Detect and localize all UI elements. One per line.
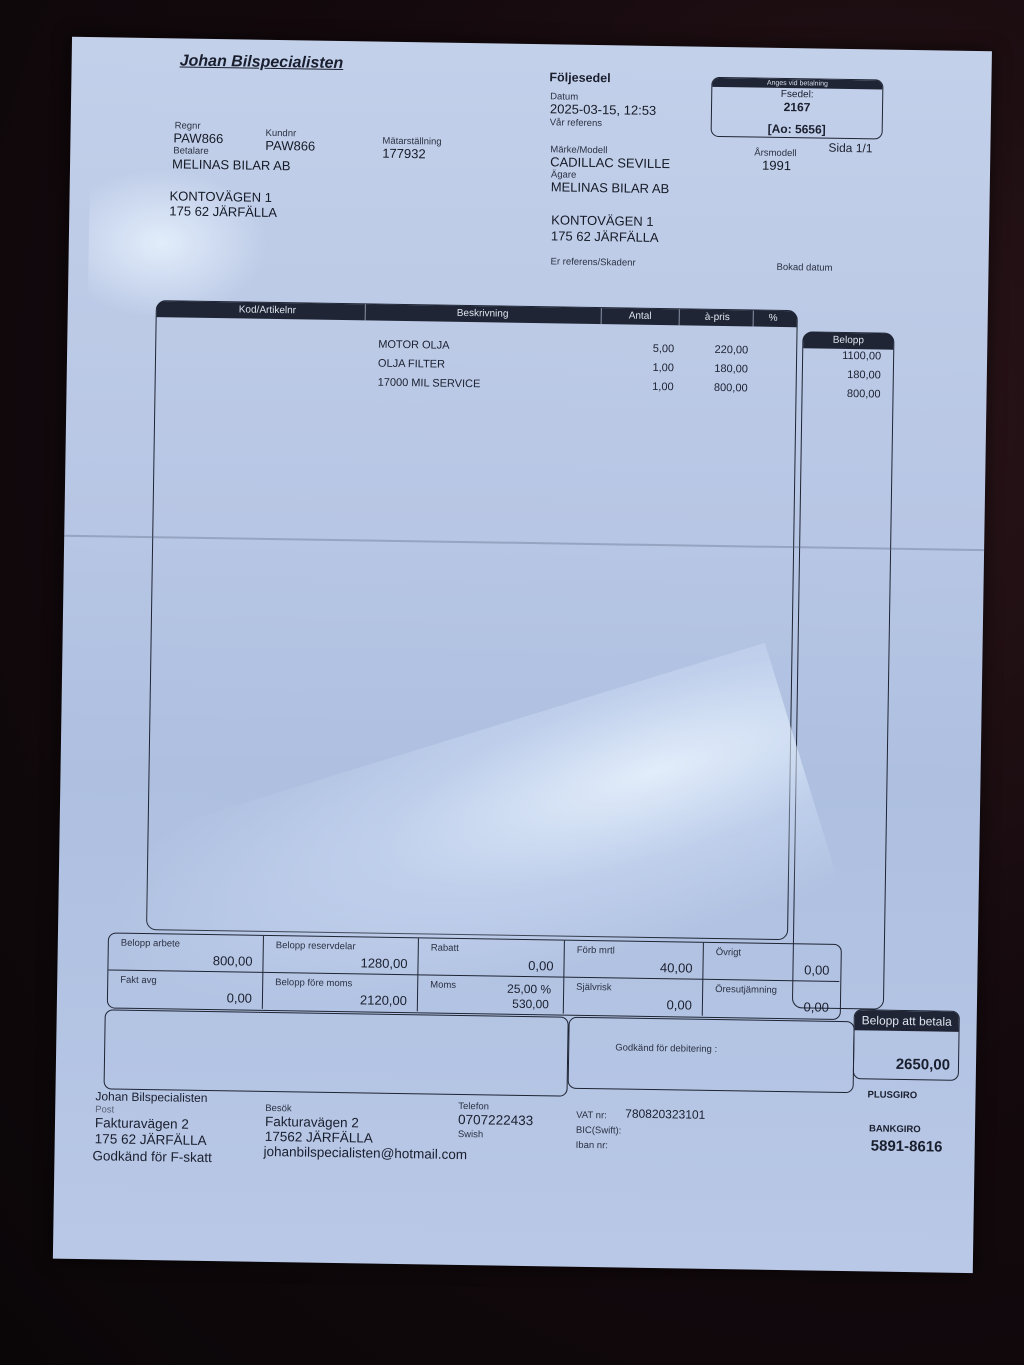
belopp-att-betala-label: Belopp att betala	[855, 1010, 959, 1032]
ovrigt-label: Övrigt	[716, 947, 742, 958]
datum-value: 2025-03-15, 12:53	[550, 101, 656, 118]
row-belopp: 1100,00	[811, 349, 881, 362]
oresutjamning-value: 0,00	[803, 999, 829, 1014]
row-antal: 5,00	[604, 342, 674, 355]
footer-bankgiro-label: BANKGIRO	[869, 1123, 921, 1135]
footer-bankgiro: 5891-8616	[871, 1137, 943, 1155]
var-referens-label: Vår referens	[550, 117, 602, 129]
footer-plusgiro-label: PLUSGIRO	[867, 1089, 917, 1101]
cell-ovrigt: Övrigt 0,00	[703, 943, 840, 982]
fakt-avg-value: 0,00	[227, 990, 253, 1005]
col-beskrivning: Beskrivning	[457, 308, 509, 320]
row-belopp: 180,00	[811, 368, 881, 381]
col-antal: Antal	[629, 311, 652, 322]
signature-box	[104, 1009, 569, 1096]
forb-mrtl-label: Förb mrtl	[577, 945, 615, 957]
footer-vat-label: VAT nr:	[576, 1110, 607, 1121]
ao-number: [Ao: 5656]	[712, 121, 882, 138]
betalare-label: Betalare	[173, 145, 209, 157]
moms-value: 530,00	[512, 997, 549, 1012]
moms-rate: 25,00 %	[507, 982, 551, 997]
footer-bic-label: BIC(Swift):	[576, 1125, 622, 1137]
cell-belopp-fore-moms: Belopp före moms 2120,00	[263, 973, 419, 1011]
footer-iban-label: Iban nr:	[576, 1140, 608, 1152]
cell-forb-mrtl: Förb mrtl 40,00	[564, 941, 704, 980]
footer-swish-label: Swish	[458, 1129, 484, 1140]
row-beskrivning: OLJA FILTER	[378, 358, 445, 371]
page-indicator: Sida 1/1	[828, 141, 872, 156]
forb-mrtl-value: 40,00	[660, 960, 693, 976]
footer-email[interactable]: johanbilspecialisten@hotmail.com	[263, 1144, 467, 1162]
belopp-reservdelar-value: 1280,00	[360, 955, 407, 971]
row-antal: 1,00	[604, 380, 674, 393]
rabatt-label: Rabatt	[431, 943, 459, 954]
footer-f-skatt: Godkänd för F-skatt	[92, 1148, 212, 1165]
customer-address-line2: 175 62 JÄRFÄLLA	[169, 203, 277, 220]
cell-rabatt: Rabatt 0,00	[418, 938, 565, 977]
belopp-reservdelar-label: Belopp reservdelar	[276, 940, 356, 952]
approval-box: Godkänd för debitering :	[568, 1017, 855, 1093]
ovrigt-value: 0,00	[804, 962, 830, 977]
col-belopp: Belopp	[803, 332, 893, 349]
footer-post-address2: 175 62 JÄRFÄLLA	[95, 1131, 207, 1148]
sjalvrisk-value: 0,00	[666, 997, 692, 1012]
company-name: Johan Bilspecialisten	[180, 52, 344, 73]
row-apris: 800,00	[678, 381, 748, 394]
er-referens-label: Er referens/Skadenr	[550, 256, 635, 268]
oresutjamning-label: Öresutjämning	[715, 984, 777, 996]
vehicle-address-line2: 175 62 JÄRFÄLLA	[551, 228, 659, 245]
agare-value: MELINAS BILAR AB	[551, 179, 670, 196]
sjalvrisk-label: Självrisk	[576, 982, 612, 994]
invoice-paper: Johan Bilspecialisten Följesedel Datum 2…	[53, 37, 992, 1273]
footer-post-label: Post	[95, 1104, 114, 1115]
row-apris: 180,00	[678, 362, 748, 375]
fsedel-number: 2167	[712, 99, 882, 116]
bokad-datum-label: Bokad datum	[776, 262, 832, 274]
col-apris: à-pris	[705, 312, 730, 323]
belopp-fore-moms-label: Belopp före moms	[275, 977, 352, 989]
fakt-avg-label: Fakt avg	[120, 975, 157, 987]
footer-telefon: 0707222433	[458, 1112, 533, 1128]
row-beskrivning: 17000 MIL SERVICE	[378, 377, 481, 391]
belopp-att-betala-value: 2650,00	[896, 1056, 950, 1074]
footer-besok-address2: 17562 JÄRFÄLLA	[265, 1129, 373, 1146]
document-title: Följesedel	[549, 70, 610, 85]
kundnr-value: PAW866	[265, 138, 315, 154]
footer-company: Johan Bilspecialisten	[95, 1089, 207, 1105]
cell-oresutjamning: Öresutjämning 0,00	[703, 980, 840, 1018]
footer-telefon-label: Telefon	[458, 1101, 489, 1112]
customer-address-line1: KONTOVÄGEN 1	[169, 188, 272, 205]
col-procent: %	[769, 313, 778, 324]
row-antal: 1,00	[604, 361, 674, 374]
belopp-column: Belopp 1100,00180,00800,00	[792, 331, 895, 1009]
footer-besok-label: Besök	[265, 1103, 292, 1114]
belopp-arbete-value: 800,00	[213, 953, 253, 969]
regnr-value: PAW866	[173, 130, 223, 146]
summary-grid: Belopp arbete 800,00 Belopp reservdelar …	[107, 932, 842, 1020]
row-belopp: 800,00	[810, 387, 880, 400]
rabatt-value: 0,00	[528, 958, 554, 973]
col-kod: Kod/Artikelnr	[239, 304, 296, 316]
cell-sjalvrisk: Självrisk 0,00	[564, 978, 704, 1016]
row-beskrivning: MOTOR OLJA	[378, 339, 449, 352]
footer-post-address1: Fakturavägen 2	[95, 1115, 189, 1131]
total-box: Belopp att betala 2650,00	[853, 1009, 960, 1081]
payment-reference-box: Anges vid betalning Fsedel: 2167 [Ao: 56…	[711, 77, 884, 140]
betalare-value: MELINAS BILAR AB	[172, 156, 291, 173]
godkand-debitering-label: Godkänd för debitering :	[615, 1042, 717, 1055]
cell-belopp-reservdelar: Belopp reservdelar 1280,00	[263, 936, 419, 975]
arsmodell-value: 1991	[762, 158, 791, 173]
footer-vat: 780820323101	[625, 1107, 705, 1122]
belopp-arbete-label: Belopp arbete	[121, 938, 180, 950]
belopp-fore-moms-value: 2120,00	[360, 992, 407, 1008]
cell-belopp-arbete: Belopp arbete 800,00	[108, 933, 264, 972]
footer-besok-address1: Fakturavägen 2	[265, 1114, 359, 1130]
matarstallning-value: 177932	[382, 146, 426, 162]
cell-moms: Moms 25,00 % 530,00	[418, 975, 565, 1013]
moms-label: Moms	[430, 980, 456, 991]
cell-fakt-avg: Fakt avg 0,00	[108, 970, 264, 1008]
table-header: Kod/Artikelnr Beskrivning Antal à-pris %	[157, 301, 797, 327]
line-items-table: Kod/Artikelnr Beskrivning Antal à-pris %…	[146, 300, 798, 940]
row-apris: 220,00	[678, 343, 748, 356]
vehicle-address-line1: KONTOVÄGEN 1	[551, 212, 654, 229]
